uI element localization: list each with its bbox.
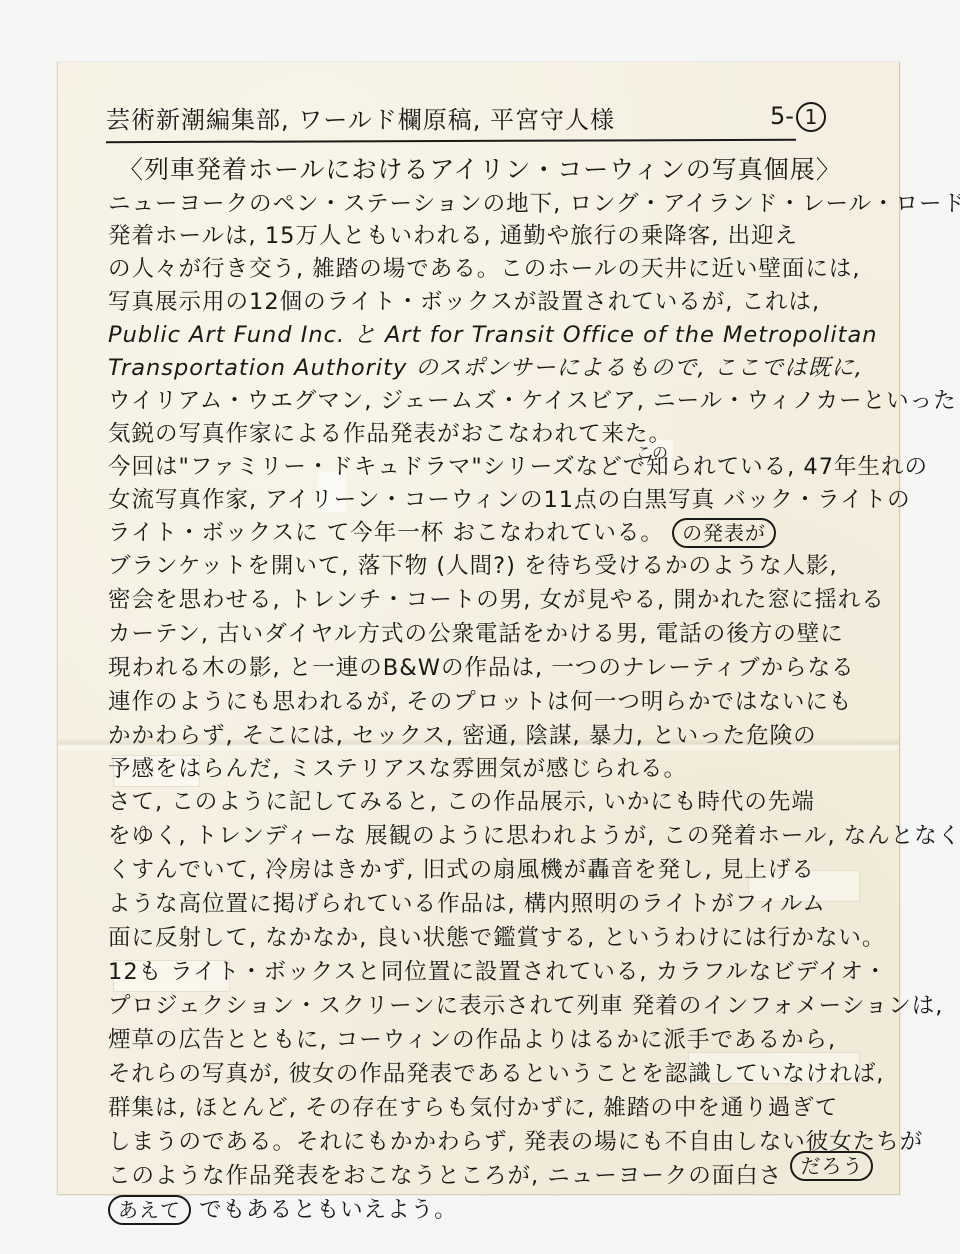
text-line-content: このような作品発表をおこなうところが, ニューヨークの面白さ xyxy=(108,1163,782,1189)
text-line: 群集は, ほとんど, その存在すらも気付かずに, 雑踏の中を通り過ぎて xyxy=(108,1090,838,1122)
text-line: 発着ホールは, 15万人ともいわれる, 通勤や旅行の乗降客, 出迎え xyxy=(108,218,798,250)
text-line: 密会を思わせる, トレンチ・コートの男, 女が見やる, 開かれた窓に揺れる xyxy=(108,582,885,614)
text-line: 煙草の広告とともに, コーウィンの作品よりはるかに派手であるから, xyxy=(108,1022,836,1054)
text-line: 気鋭の写真作家による作品発表がおこなわれて来た。 xyxy=(108,416,672,448)
text-line: あえて でもあるともいえよう。 xyxy=(108,1192,458,1225)
text-line: ライト・ボックスに て今年一杯 おこなわれている。 の発表が xyxy=(108,515,776,548)
text-line: カーテン, 古いダイヤル方式の公衆電話をかける男, 電話の後方の壁に xyxy=(108,616,844,648)
text-line: Public Art Fund Inc. と Art for Transit O… xyxy=(108,317,878,349)
circled-insertion-no-happyou-ga: の発表が xyxy=(672,518,776,548)
manuscript-header: 芸術新潮編集部, ワールド欄原稿, 平宮守人様 xyxy=(106,100,615,135)
page-number: 5-1 xyxy=(770,102,826,132)
text-line: くすんでいて, 冷房はきかず, 旧式の扇風機が轟音を発し, 見上げる xyxy=(108,852,815,884)
text-line: ような高位置に掲げられている作品は, 構内照明のライトがフィルム xyxy=(108,886,826,918)
text-line: をゆく, トレンディーな 展観のように思われようが, この発着ホール, なんとな… xyxy=(108,818,960,850)
text-line: それらの写真が, 彼女の作品発表であるということを認識していなければ, xyxy=(108,1056,884,1088)
text-line-content: ライト・ボックスに て今年一杯 おこなわれている。 xyxy=(108,520,664,546)
text-line: 面に反射して, なかなか, 良い状態で鑑賞する, というわけには行かない。 xyxy=(108,920,885,952)
text-line: ブランケットを開いて, 落下物 (人間?) を待ち受けるかのような人影, xyxy=(108,548,838,580)
text-line: 12も ライト・ボックスと同位置に設置されている, カラフルなビデイオ・ xyxy=(108,954,888,986)
text-line: Transportation Authority のスポンサーによるもので, こ… xyxy=(108,350,863,382)
insertion-mark-kono: この xyxy=(636,440,668,463)
text-line-content: でもあるともいえよう。 xyxy=(199,1197,458,1223)
text-line: 写真展示用の12個のライト・ボックスが設置されているが, これは, xyxy=(108,284,820,316)
text-line: 予感をはらんだ, ミステリアスな雰囲気が感じられる。 xyxy=(108,751,687,783)
text-line: かかわらず, そこには, セックス, 密通, 陰謀, 暴力, といった危険の xyxy=(108,718,817,750)
text-line: 女流写真作家, アイリーン・コーウィンの11点の白黒写真 バック・ライトの xyxy=(108,482,911,514)
text-line: 今回は"ファミリー・ドキュドラマ"シリーズなどで知られている, 47年生れの xyxy=(108,449,928,481)
text-line: このような作品発表をおこなうところが, ニューヨークの面白さ だろう xyxy=(108,1158,873,1191)
text-line: 連作のようにも思われるが, そのプロットは何一つ明らかではないにも xyxy=(108,684,852,716)
page-number-circled: 1 xyxy=(796,102,826,132)
text-line: さて, このように記してみると, この作品展示, いかにも時代の先端 xyxy=(108,784,815,816)
text-line: ニューヨークのペン・ステーションの地下, ロング・アイランド・レール・ロードの xyxy=(108,186,960,218)
text-line: ウイリアム・ウエグマン, ジェームズ・ケイスビア, ニール・ウィノカーといった xyxy=(108,383,957,415)
circled-insertion-aete: あえて xyxy=(108,1195,191,1225)
text-line: の人々が行き交う, 雑踏の場である。このホールの天井に近い壁面には, xyxy=(108,251,861,283)
text-line: 現われる木の影, と一連のB&Wの作品は, 一つのナレーティブからなる xyxy=(108,650,855,682)
header-underline xyxy=(106,139,796,143)
circled-insertion-darou: だろう xyxy=(790,1151,873,1181)
article-title: 〈列車発着ホールにおけるアイリン・コーウィンの写真個展〉 xyxy=(118,150,842,186)
page-number-prefix: 5- xyxy=(770,102,794,130)
text-line: プロジェクション・スクリーンに表示されて列車 発着のインフォメーションは, xyxy=(108,988,943,1020)
manuscript-paper: 芸術新潮編集部, ワールド欄原稿, 平宮守人様 5-1 〈列車発着ホールにおける… xyxy=(57,62,900,1195)
